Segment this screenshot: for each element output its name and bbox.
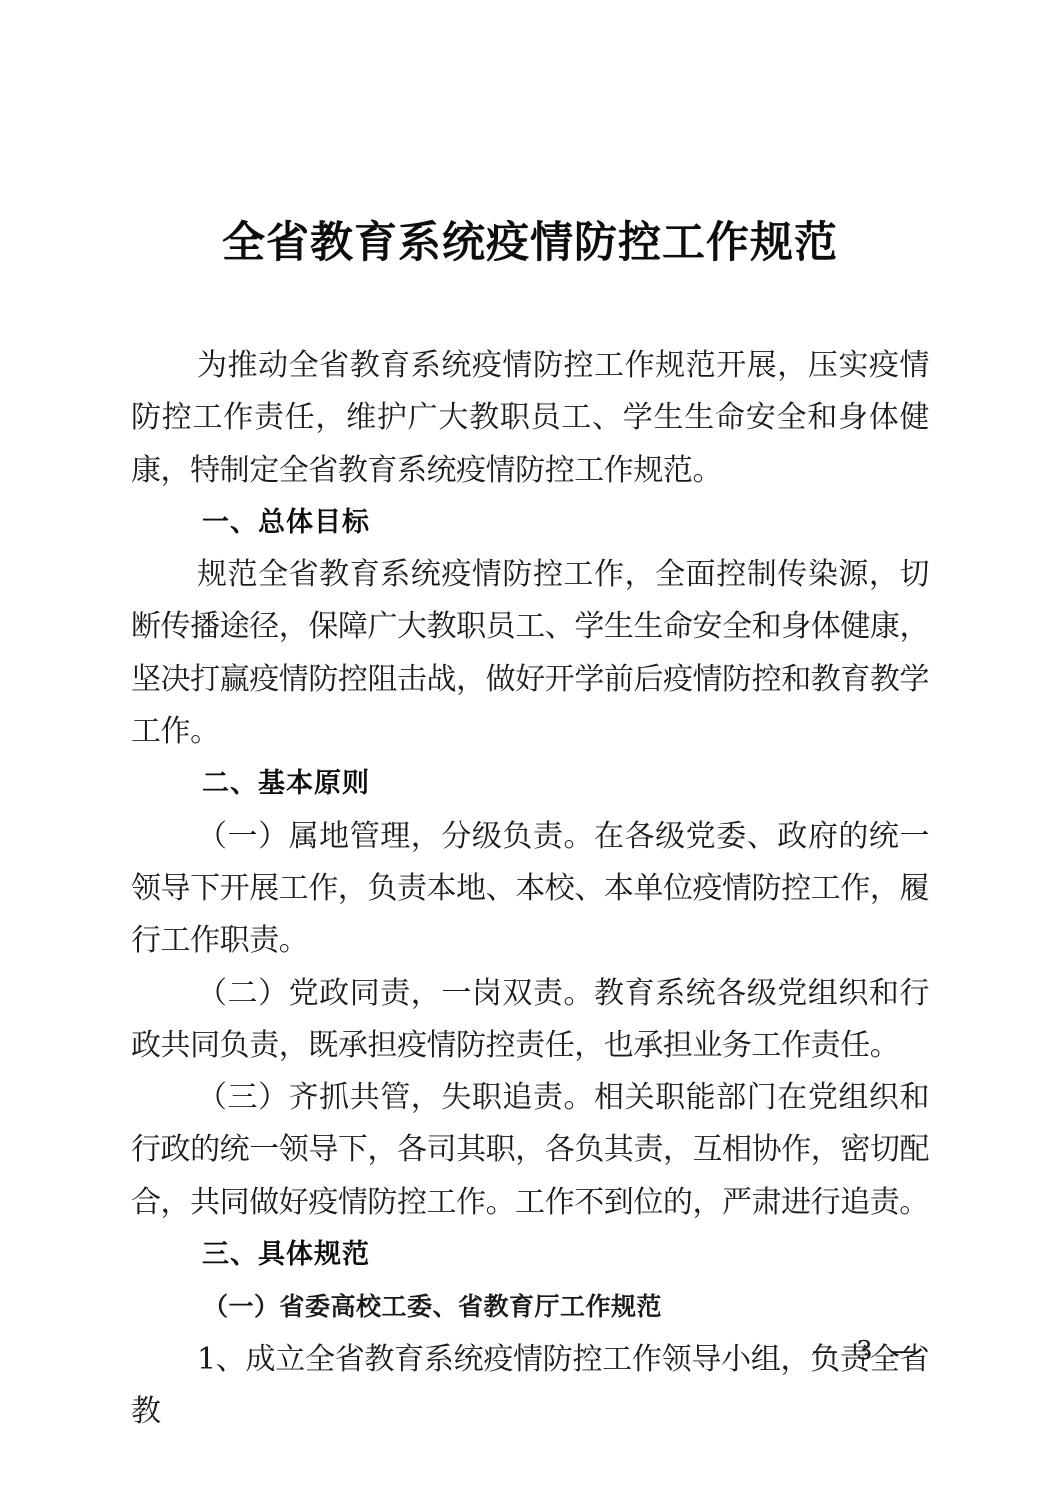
- item-1-paragraph: 1、成立全省教育系统疫情防控工作领导小组，负责全省教: [131, 1334, 929, 1439]
- section-heading-basic-principles: 二、基本原则: [131, 758, 929, 810]
- principle-1-paragraph: （一）属地管理，分级负责。在各级党委、政府的统一领导下开展工作，负责本地、本校、…: [131, 811, 929, 968]
- subsection-heading-provincial-norms: （一）省委高校工委、省教育厅工作规范: [131, 1281, 929, 1333]
- intro-paragraph: 为推动全省教育系统疫情防控工作规范开展，压实疫情防控工作责任，维护广大教职员工、…: [131, 340, 929, 497]
- document-title: 全省教育系统疫情防控工作规范: [0, 218, 1060, 270]
- document-page: 全省教育系统疫情防控工作规范 为推动全省教育系统疫情防控工作规范开展，压实疫情防…: [0, 0, 1060, 1500]
- section-heading-specific-norms: 三、具体规范: [131, 1229, 929, 1281]
- principle-3-paragraph: （三）齐抓共管，失职追责。相关职能部门在党组织和行政的统一领导下，各司其职，各负…: [131, 1072, 929, 1229]
- document-body: 为推动全省教育系统疫情防控工作规范开展，压实疫情防控工作责任，维护广大教职员工、…: [131, 340, 929, 1438]
- section-heading-overall-goals: 一、总体目标: [131, 497, 929, 549]
- overall-goals-paragraph: 规范全省教育系统疫情防控工作，全面控制传染源，切断传播途径，保障广大教职员工、学…: [131, 549, 929, 758]
- principle-2-paragraph: （二）党政同责，一岗双责。教育系统各级党组织和行政共同负责，既承担疫情防控责任，…: [131, 968, 929, 1073]
- page-number: — 3 —: [812, 1336, 922, 1366]
